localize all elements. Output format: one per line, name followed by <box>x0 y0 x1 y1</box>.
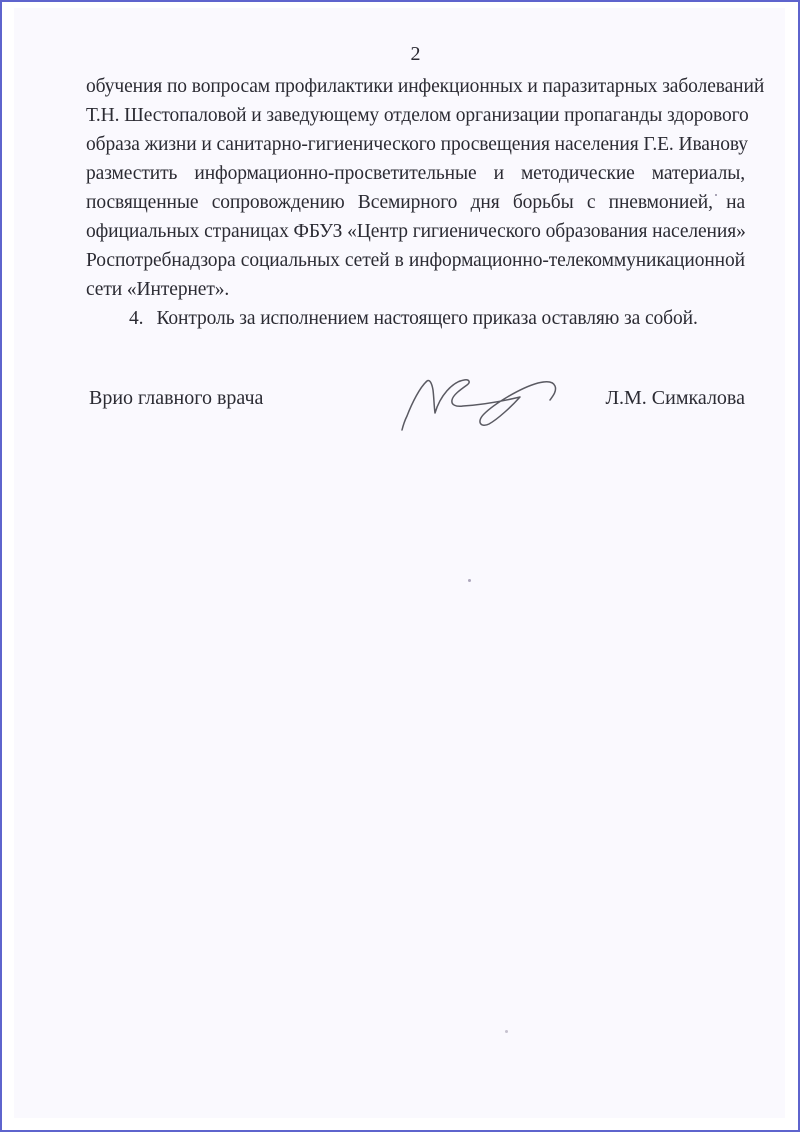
order-item-4-number: 4. <box>129 304 143 333</box>
paragraph-line: Т.Н. Шестопаловой и заведующему отделом … <box>86 101 745 130</box>
page-number: 2 <box>86 40 745 69</box>
paragraph-line: сети «Интернет». <box>86 275 745 304</box>
order-text-block: обучения по вопросам профилактики инфекц… <box>86 72 745 333</box>
signer-position-label: Врио главного врача <box>89 384 263 413</box>
scan-speck <box>468 579 471 582</box>
signer-name: Л.М. Симкалова <box>605 384 745 413</box>
order-item-4: 4.Контроль за исполнением настоящего при… <box>86 304 745 333</box>
signature-scribble <box>400 374 572 446</box>
document-frame: 2 обучения по вопросам профилактики инфе… <box>0 0 800 1132</box>
paragraph-line: Роспотребнадзора социальных сетей в инфо… <box>86 246 745 275</box>
paragraph-line: официальных страницах ФБУЗ «Центр гигиен… <box>86 217 745 246</box>
paragraph-line: обучения по вопросам профилактики инфекц… <box>86 72 745 101</box>
order-item-4-text: Контроль за исполнением настоящего прика… <box>156 308 697 329</box>
paragraph-line: посвященные сопровождению Всемирного дня… <box>86 188 745 217</box>
document-page: 2 обучения по вопросам профилактики инфе… <box>14 8 785 1118</box>
paragraph-line: разместить информационно-просветительные… <box>86 159 745 188</box>
scan-speck <box>715 194 717 196</box>
scan-speck <box>505 1030 508 1033</box>
paragraph-line: образа жизни и санитарно-гигиенического … <box>86 130 745 159</box>
